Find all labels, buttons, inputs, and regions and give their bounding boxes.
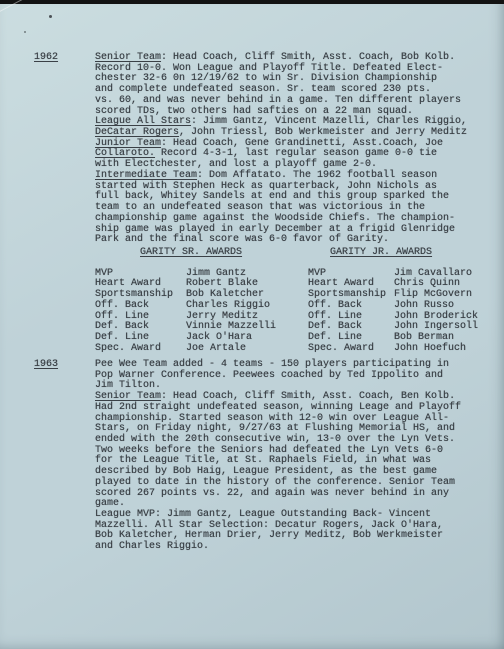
paper-speck — [24, 31, 26, 33]
text-line: Park and the final score was 6-0 favor o… — [95, 235, 504, 246]
text-segment: championship game against the Woodside C… — [95, 213, 455, 224]
award-row: Off. BackCharles Riggio — [95, 301, 276, 312]
document-content: 1962Senior Team: Head Coach, Cliff Smith… — [0, 53, 504, 553]
scanned-document-page: 1962Senior Team: Head Coach, Cliff Smith… — [0, 0, 504, 649]
awards-table: GARITY JR. AWARDSMVPJim CavallaroHeart A… — [308, 248, 478, 354]
award-row: Spec. AwardJoe Artale — [95, 344, 276, 355]
text-segment: scored TDs, two others had safties on a … — [95, 106, 413, 117]
text-line: and Charles Riggio. — [95, 542, 504, 553]
award-category: Off. Back — [95, 301, 186, 312]
text-segment: for the League Title, at St. Raphaels Fi… — [95, 455, 431, 466]
text-segment: scored 267 points vs. 22, and again was … — [95, 488, 449, 499]
text-segment: described by Bob Haig, League President,… — [95, 466, 437, 477]
text-line: scored 267 points vs. 22, and again was … — [95, 489, 504, 500]
awards-table-title: GARITY JR. AWARDS — [330, 248, 432, 259]
award-category: Off. Back — [308, 301, 394, 312]
award-category: Spec. Award — [95, 344, 186, 355]
text-segment: Stars, on Friday night, 9/27/63 at Flush… — [95, 423, 455, 434]
underlined-text: Senior Team — [95, 391, 161, 402]
scan-edge-band — [0, 0, 504, 4]
text-segment: : Head Coach, Cliff Smith, Asst. Coach, … — [161, 391, 455, 402]
text-segment: game. — [95, 498, 125, 509]
year-section-1963: 1963Pee Wee Team added - 4 teams - 150 p… — [0, 360, 504, 553]
text-segment: Record 4-3-1, last regular season game 0… — [155, 148, 437, 159]
award-row: Off. BackJohn Russo — [308, 301, 478, 312]
text-segment: Jim Tilton. — [95, 380, 161, 391]
underlined-text: Collaroto. — [95, 148, 155, 159]
underlined-text: Senior Team — [95, 52, 161, 63]
award-row: Spec. AwardJohn Hoefuch — [308, 344, 478, 355]
text-segment: Had 2nd straight undefeated season, winn… — [95, 402, 461, 413]
text-segment: : Jimm Gantz, Vincent Mazelli, Charles R… — [191, 116, 467, 127]
underlined-text: League All Stars — [95, 116, 191, 127]
text-segment: Pop Warner Conference. Peewees coached b… — [95, 370, 443, 381]
text-segment: vs. 60, and was never behind in a game. … — [95, 95, 461, 106]
text-segment: : Head Coach, Cliff Smith, Asst. Coach, … — [161, 52, 455, 63]
award-category: Spec. Award — [308, 344, 394, 355]
text-segment: ship game was played in early December a… — [95, 224, 455, 235]
award-recipient: Charles Riggio — [186, 301, 270, 312]
year-label: 1962 — [34, 53, 95, 64]
text-segment: chester 32-6 0n 12/19/62 to win Sr. Divi… — [95, 73, 437, 84]
text-segment: Bob Kaletcher, Herman Drier, Jerry Medit… — [95, 530, 443, 541]
text-segment: League MVP: Jimm Gantz, League Outstandi… — [95, 509, 431, 520]
text-segment: Pee Wee Team added - 4 teams - 150 playe… — [95, 359, 449, 370]
paragraph: Pee Wee Team added - 4 teams - 150 playe… — [95, 360, 504, 553]
text-segment: started with Stephen Heck as quarterback… — [95, 181, 437, 192]
year-label: 1963 — [34, 360, 95, 371]
text-segment: and Charles Riggio. — [95, 541, 209, 552]
text-segment: ended with the 20th consecutive win, 13-… — [95, 434, 455, 445]
underlined-text: DeCatar Rogers — [95, 127, 179, 138]
text-segment: and complete undefeated season. Sr. team… — [95, 84, 431, 95]
award-recipient: Joe Artale — [186, 344, 246, 355]
paragraph: Senior Team: Head Coach, Cliff Smith, As… — [95, 53, 504, 246]
text-segment: with Electchester, and lost a playoff ga… — [95, 159, 377, 170]
awards-section: GARITY SR. AWARDSMVPJimm GantzHeart Awar… — [0, 248, 504, 355]
text-segment: : Dom Affatato. The 1962 football season — [197, 170, 437, 181]
awards-table-title: GARITY SR. AWARDS — [140, 248, 242, 259]
award-recipient: John Russo — [394, 301, 454, 312]
text-segment: , John Triessl, Bob Werkmeister and Jerr… — [179, 127, 467, 138]
paper-speck — [49, 15, 52, 18]
award-recipient: John Hoefuch — [394, 344, 466, 355]
text-segment: full back, Whitey Sandels at end and thi… — [95, 191, 449, 202]
year-section-1962: 1962Senior Team: Head Coach, Cliff Smith… — [0, 53, 504, 246]
text-segment: played to date in the history of the con… — [95, 477, 455, 488]
text-segment: Park and the final score was 6-0 favor o… — [95, 234, 389, 245]
text-segment: team to an undefeated season that was vi… — [95, 202, 425, 213]
text-segment: championship. Started season with 12-0 w… — [95, 413, 449, 424]
awards-table: GARITY SR. AWARDSMVPJimm GantzHeart Awar… — [95, 248, 276, 354]
underlined-text: Intermediate Team — [95, 170, 197, 181]
